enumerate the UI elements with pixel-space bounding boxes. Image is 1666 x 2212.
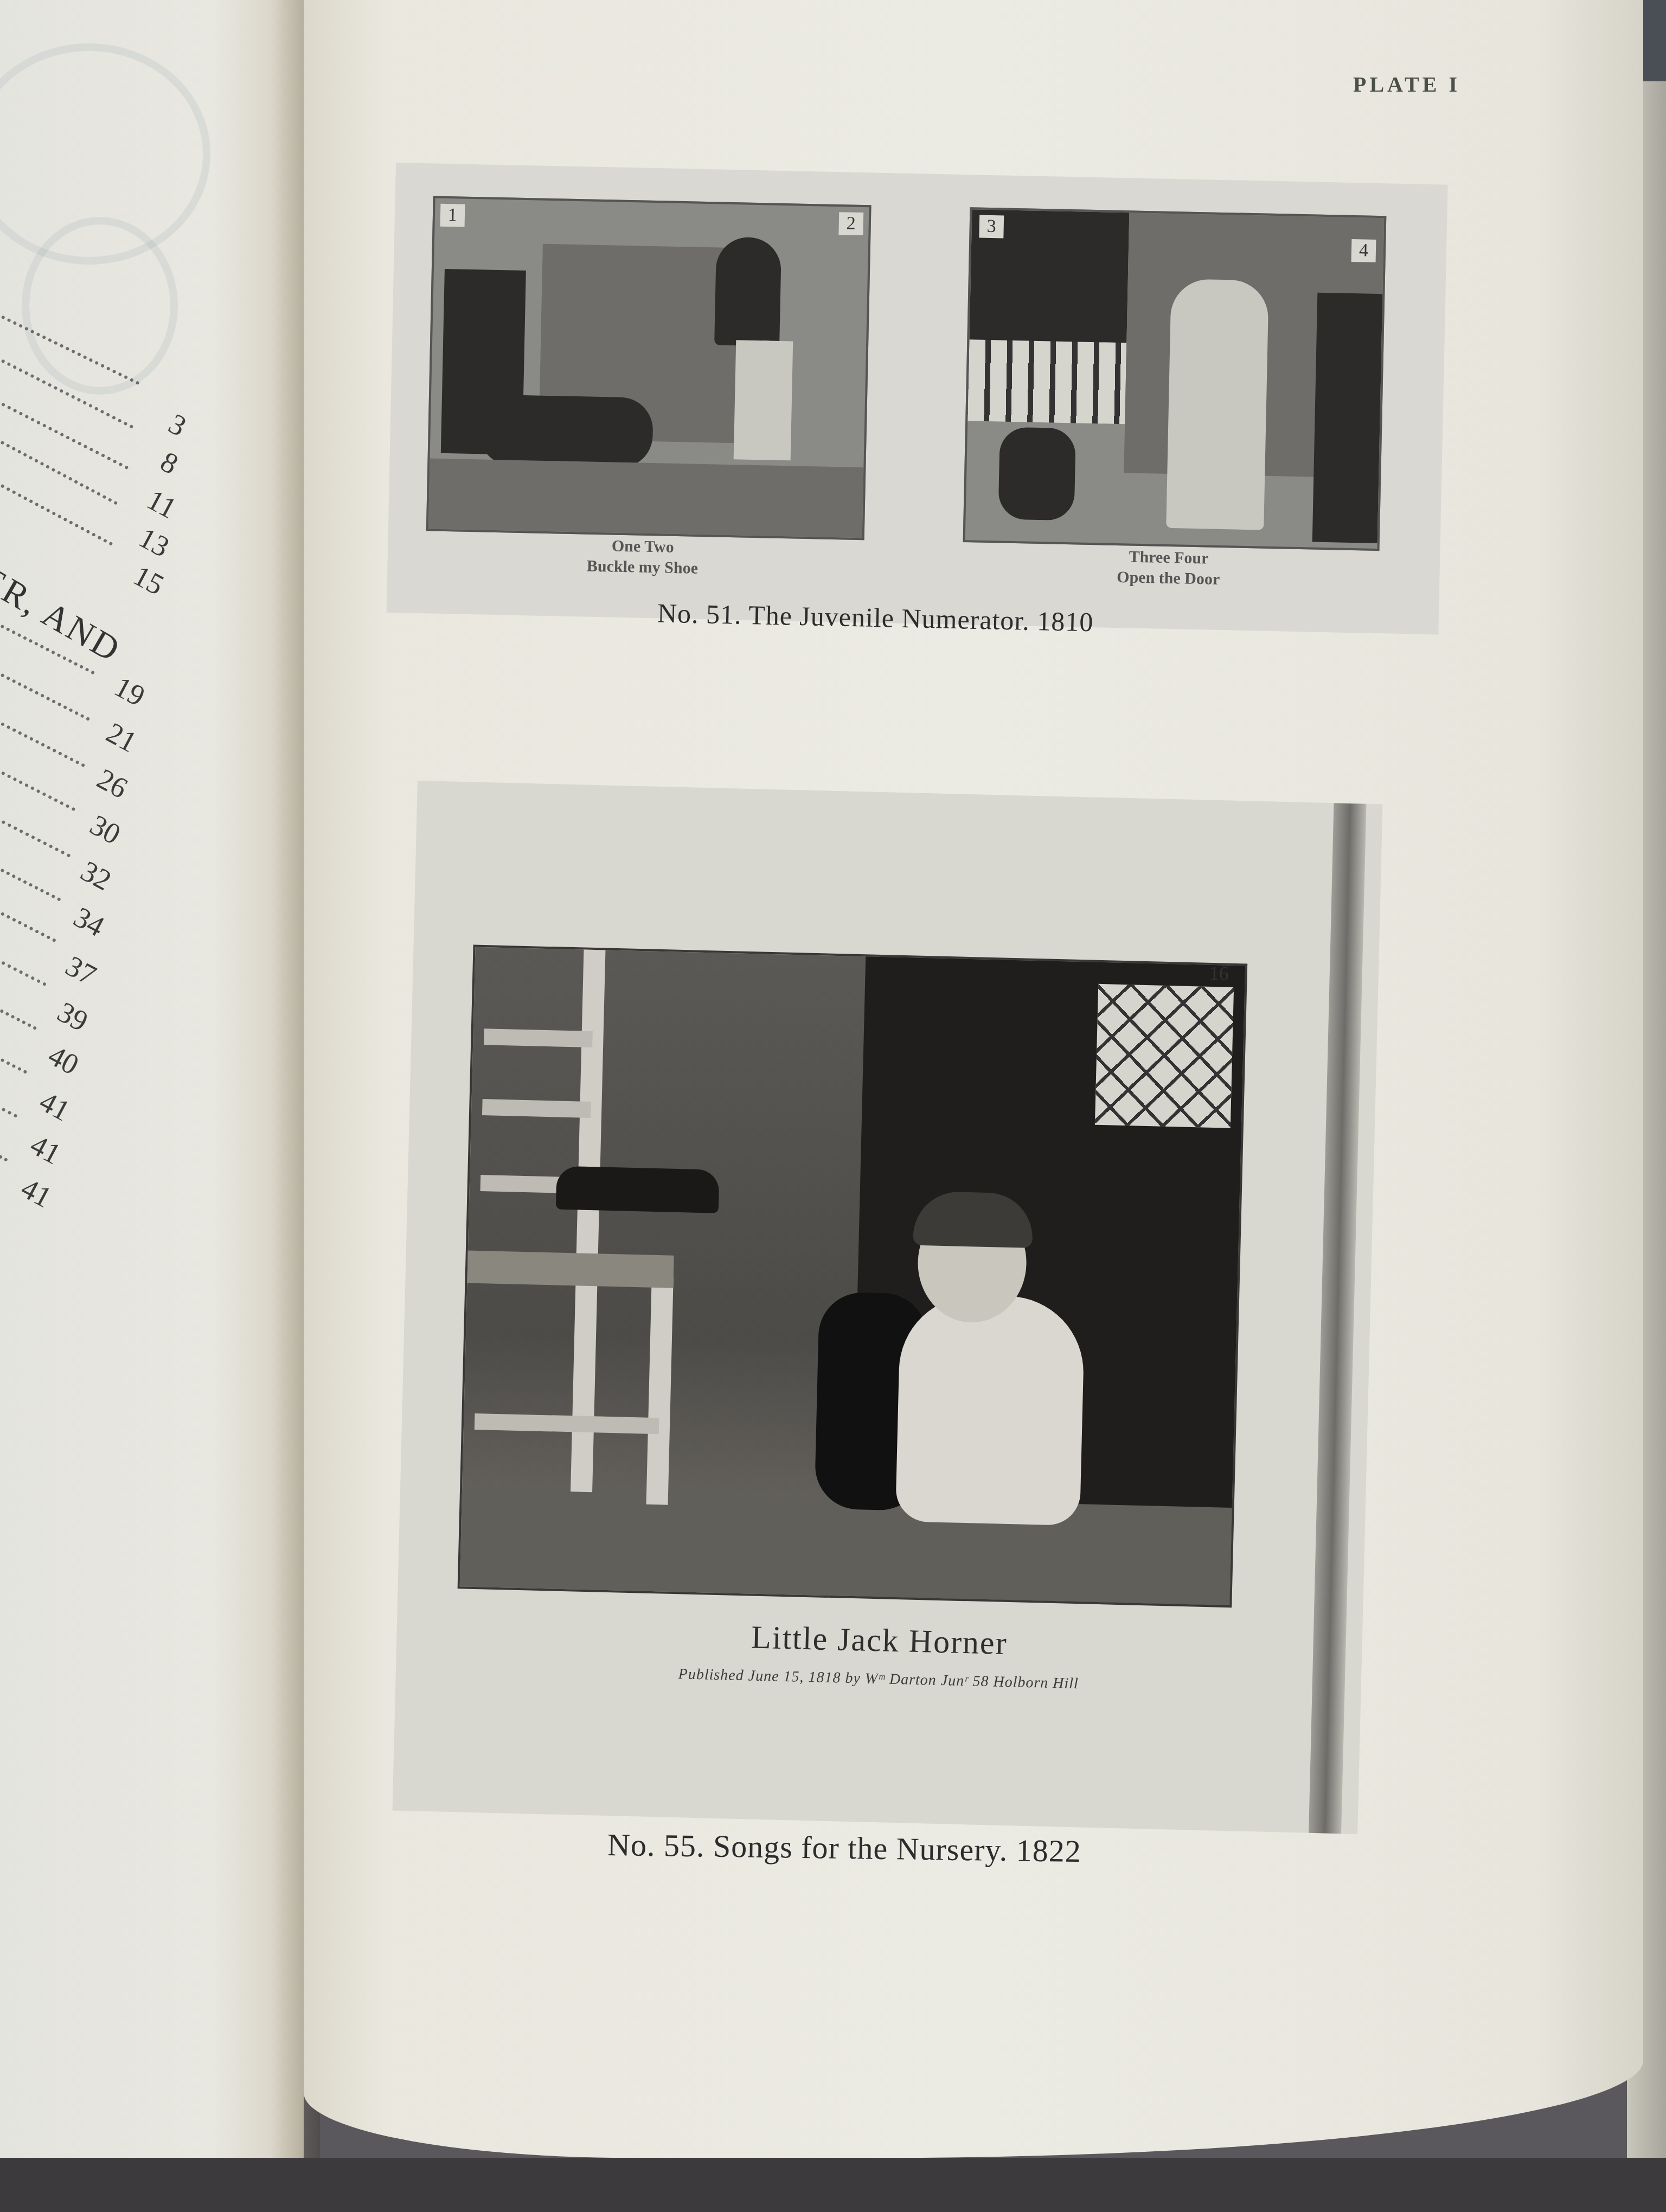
toc-leader-dots (0, 1095, 18, 1118)
bleed-through-ornament (22, 217, 178, 395)
toc-page-number: 40 (43, 1038, 85, 1082)
toc-leader-dots (0, 1144, 8, 1162)
engraving-caption: Three Four Open the Door (962, 543, 1375, 593)
toc-leader-dots (0, 857, 61, 902)
engraving-panel-one-two: 1 2 (426, 196, 872, 540)
toc-page-number: 19 (109, 670, 151, 713)
plate-label: PLATE I (1353, 72, 1460, 97)
toc-leader-dots (0, 998, 37, 1030)
toc-page-number: 41 (34, 1084, 76, 1128)
toc-page-number: 3 (163, 407, 192, 443)
toc-leader-dots (0, 949, 47, 986)
panel-number: 4 (1351, 239, 1376, 262)
toc-leader-dots (0, 759, 76, 811)
toc-page-number: 30 (85, 808, 126, 851)
panel-number: 2 (838, 212, 863, 235)
toc-page-number: 13 (133, 520, 175, 564)
panel-number: 1 (440, 204, 465, 227)
toc-page-number: 8 (155, 445, 184, 481)
engraving-panel-three-four: 3 4 (963, 207, 1387, 551)
toc-page-number: 11 (142, 483, 182, 525)
toc-leader-dots (0, 1046, 27, 1074)
panel-number: 3 (979, 215, 1004, 239)
toc-leader-dots (0, 900, 56, 942)
book-cover-edge (0, 2158, 1666, 2212)
engraving-little-jack-horner: 16 (458, 945, 1248, 1608)
toc-page-number: 41 (16, 1171, 57, 1214)
hat (556, 1166, 720, 1213)
lattice-window (1095, 984, 1234, 1128)
toc-page-number: 34 (68, 900, 110, 943)
toc-page-number: 26 (92, 762, 133, 805)
toc-leader-dots (0, 661, 90, 721)
toc-leader-dots (0, 472, 113, 546)
figure-juvenile-numerator: 1 2 One Two Buckle my Shoe 3 4 Three Fou… (387, 163, 1448, 634)
toc-page-number: 37 (60, 949, 102, 992)
toc-page-number: 39 (52, 995, 94, 1038)
plate-number: 16 (1209, 962, 1229, 985)
toc-page-number: 41 (25, 1128, 67, 1171)
toc-page-number: 15 (128, 558, 170, 602)
figure-songs-for-the-nursery: 16 Little Jack Horner Published June 15,… (393, 781, 1383, 1834)
figure-caption: No. 55. Songs for the Nursery. 1822 (607, 1827, 1082, 1869)
toc-heading-fragment: ER, AND (0, 558, 129, 671)
toc-page-number: 32 (75, 854, 117, 897)
left-page: ER, AND 3 8 11 13 15 19 21 26 30 32 34 3… (0, 0, 304, 2212)
toc-page-number: 21 (101, 716, 143, 759)
engraving-caption: One Two Buckle my Shoe (425, 532, 860, 582)
toc-leader-dots (0, 710, 85, 767)
toc-leader-dots (0, 808, 71, 858)
toc-leader-dots (0, 390, 129, 470)
